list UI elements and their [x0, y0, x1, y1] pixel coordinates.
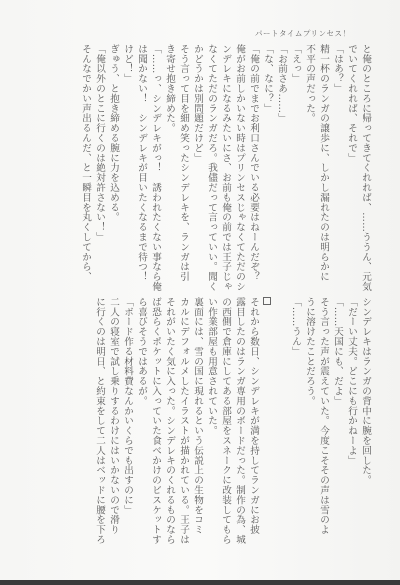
text-line: ら喜びそうではあるが。: [134, 297, 148, 557]
text-line: ば恐らくポケットに入っていた食べかけのビスケットす: [148, 297, 162, 557]
text-line: シンデレキはランガの背中に腕を回した。: [358, 297, 372, 557]
text-line: 「はあ？」: [330, 44, 344, 300]
scene-break-square-icon: [263, 297, 271, 305]
text-line: 俺がお前しかいない時はプリンセスじゃなくてただのシ: [232, 44, 246, 300]
text-line: 「……っ、シンデレキがっ！ 誘われたくない事なら俺: [148, 44, 162, 300]
text-line: 「お前さあ……」: [274, 44, 288, 300]
text-line: 「……天国にも、だよ」: [330, 297, 344, 557]
running-header: パートタイムプリンセス！: [255, 28, 351, 39]
text-line: けど！」: [120, 44, 134, 300]
text-block-top: と俺のところに帰ってきてくれれば、……ううん、元気 でいてくれれば、それで」 「…: [32, 44, 372, 300]
text-line: そんなでかい声出るんだ、と一瞬目を丸くしてから、: [78, 44, 92, 300]
page-bottom-edge: [0, 580, 400, 585]
text-line: なくてただのランガだろ。我儘だって言っていい。聞く: [204, 44, 218, 300]
book-page: パートタイムプリンセス！ と俺のところに帰ってきてくれれば、……ううん、元気 で…: [0, 0, 400, 580]
text-line: 「えっ」: [288, 44, 302, 300]
text-line: 「ボード作る材料費なんかいくらでも出すのに」: [120, 297, 134, 557]
text-block-bottom: シンデレキはランガの背中に腕を回した。 「だーい丈夫。どこにも行かねーよ」 「……: [32, 297, 372, 557]
text-line: それがいたく気に入った。シンデレキのくれるものなら: [162, 297, 176, 557]
blank-line: [274, 297, 288, 557]
text-line: それから数日、シンデレキが満を持してランガにお披: [246, 297, 260, 557]
text-line: 「な、なに？」: [260, 44, 274, 300]
text-line: の西側で倉庫にしてある部屋をスネークに改装してもら: [218, 297, 232, 557]
scene-break: [260, 297, 274, 557]
text-line: 「俺の前でまでお利口さんでいる必要はねーんだぞ？: [246, 44, 260, 300]
text-line: そう言った声が震えていた。今度こそその声は雪のよ: [316, 297, 330, 557]
text-line: そう言って目を細め笑ったシンデレキを、ランガは引: [176, 44, 190, 300]
text-line: ンデレキになるみたいにさ、お前も俺の前では王子じゃ: [218, 44, 232, 300]
text-line: 二人の寝室で試し乗りするわけにはいかないので滑り: [106, 297, 120, 557]
text-line: カルにデフォルメしたイラストが描かれている。王子は: [176, 297, 190, 557]
text-line: 精一杯のランガの譲歩に、しかし漏れたのは明らかに: [316, 44, 330, 300]
text-line: と俺のところに帰ってきてくれれば、……ううん、元気: [358, 44, 372, 300]
text-line: き寄せ抱き締めた。: [162, 44, 176, 300]
text-line: かどうかは別問題だけど」: [190, 44, 204, 300]
text-line: ぎゅう、と抱き締める腕に力を込める。: [106, 44, 120, 300]
text-line: うに溶けたことだろう。: [302, 297, 316, 557]
text-line: は聞かない！ シンデレキが目いたくなるまで待つ！: [134, 44, 148, 300]
text-line: 露目したのはランガ専用のボードだった。制作の為、城: [232, 297, 246, 557]
text-line: に行くのは明日、と約束をして二人はベッドに腰を下ろ: [92, 297, 106, 557]
text-line: 「だーい丈夫。どこにも行かねーよ」: [344, 297, 358, 557]
text-line: い作業部屋も用意されていた。: [204, 297, 218, 557]
text-line: 「俺以外のとこに行くのは絶対許さない！」: [92, 44, 106, 300]
text-line: 裏面には、雪の国に現れるという伝説上の生物をコミ: [190, 297, 204, 557]
text-line: でいてくれれば、それで」: [344, 44, 358, 300]
text-line: 不平の声だった。: [302, 44, 316, 300]
text-line: 「……うん」: [288, 297, 302, 557]
